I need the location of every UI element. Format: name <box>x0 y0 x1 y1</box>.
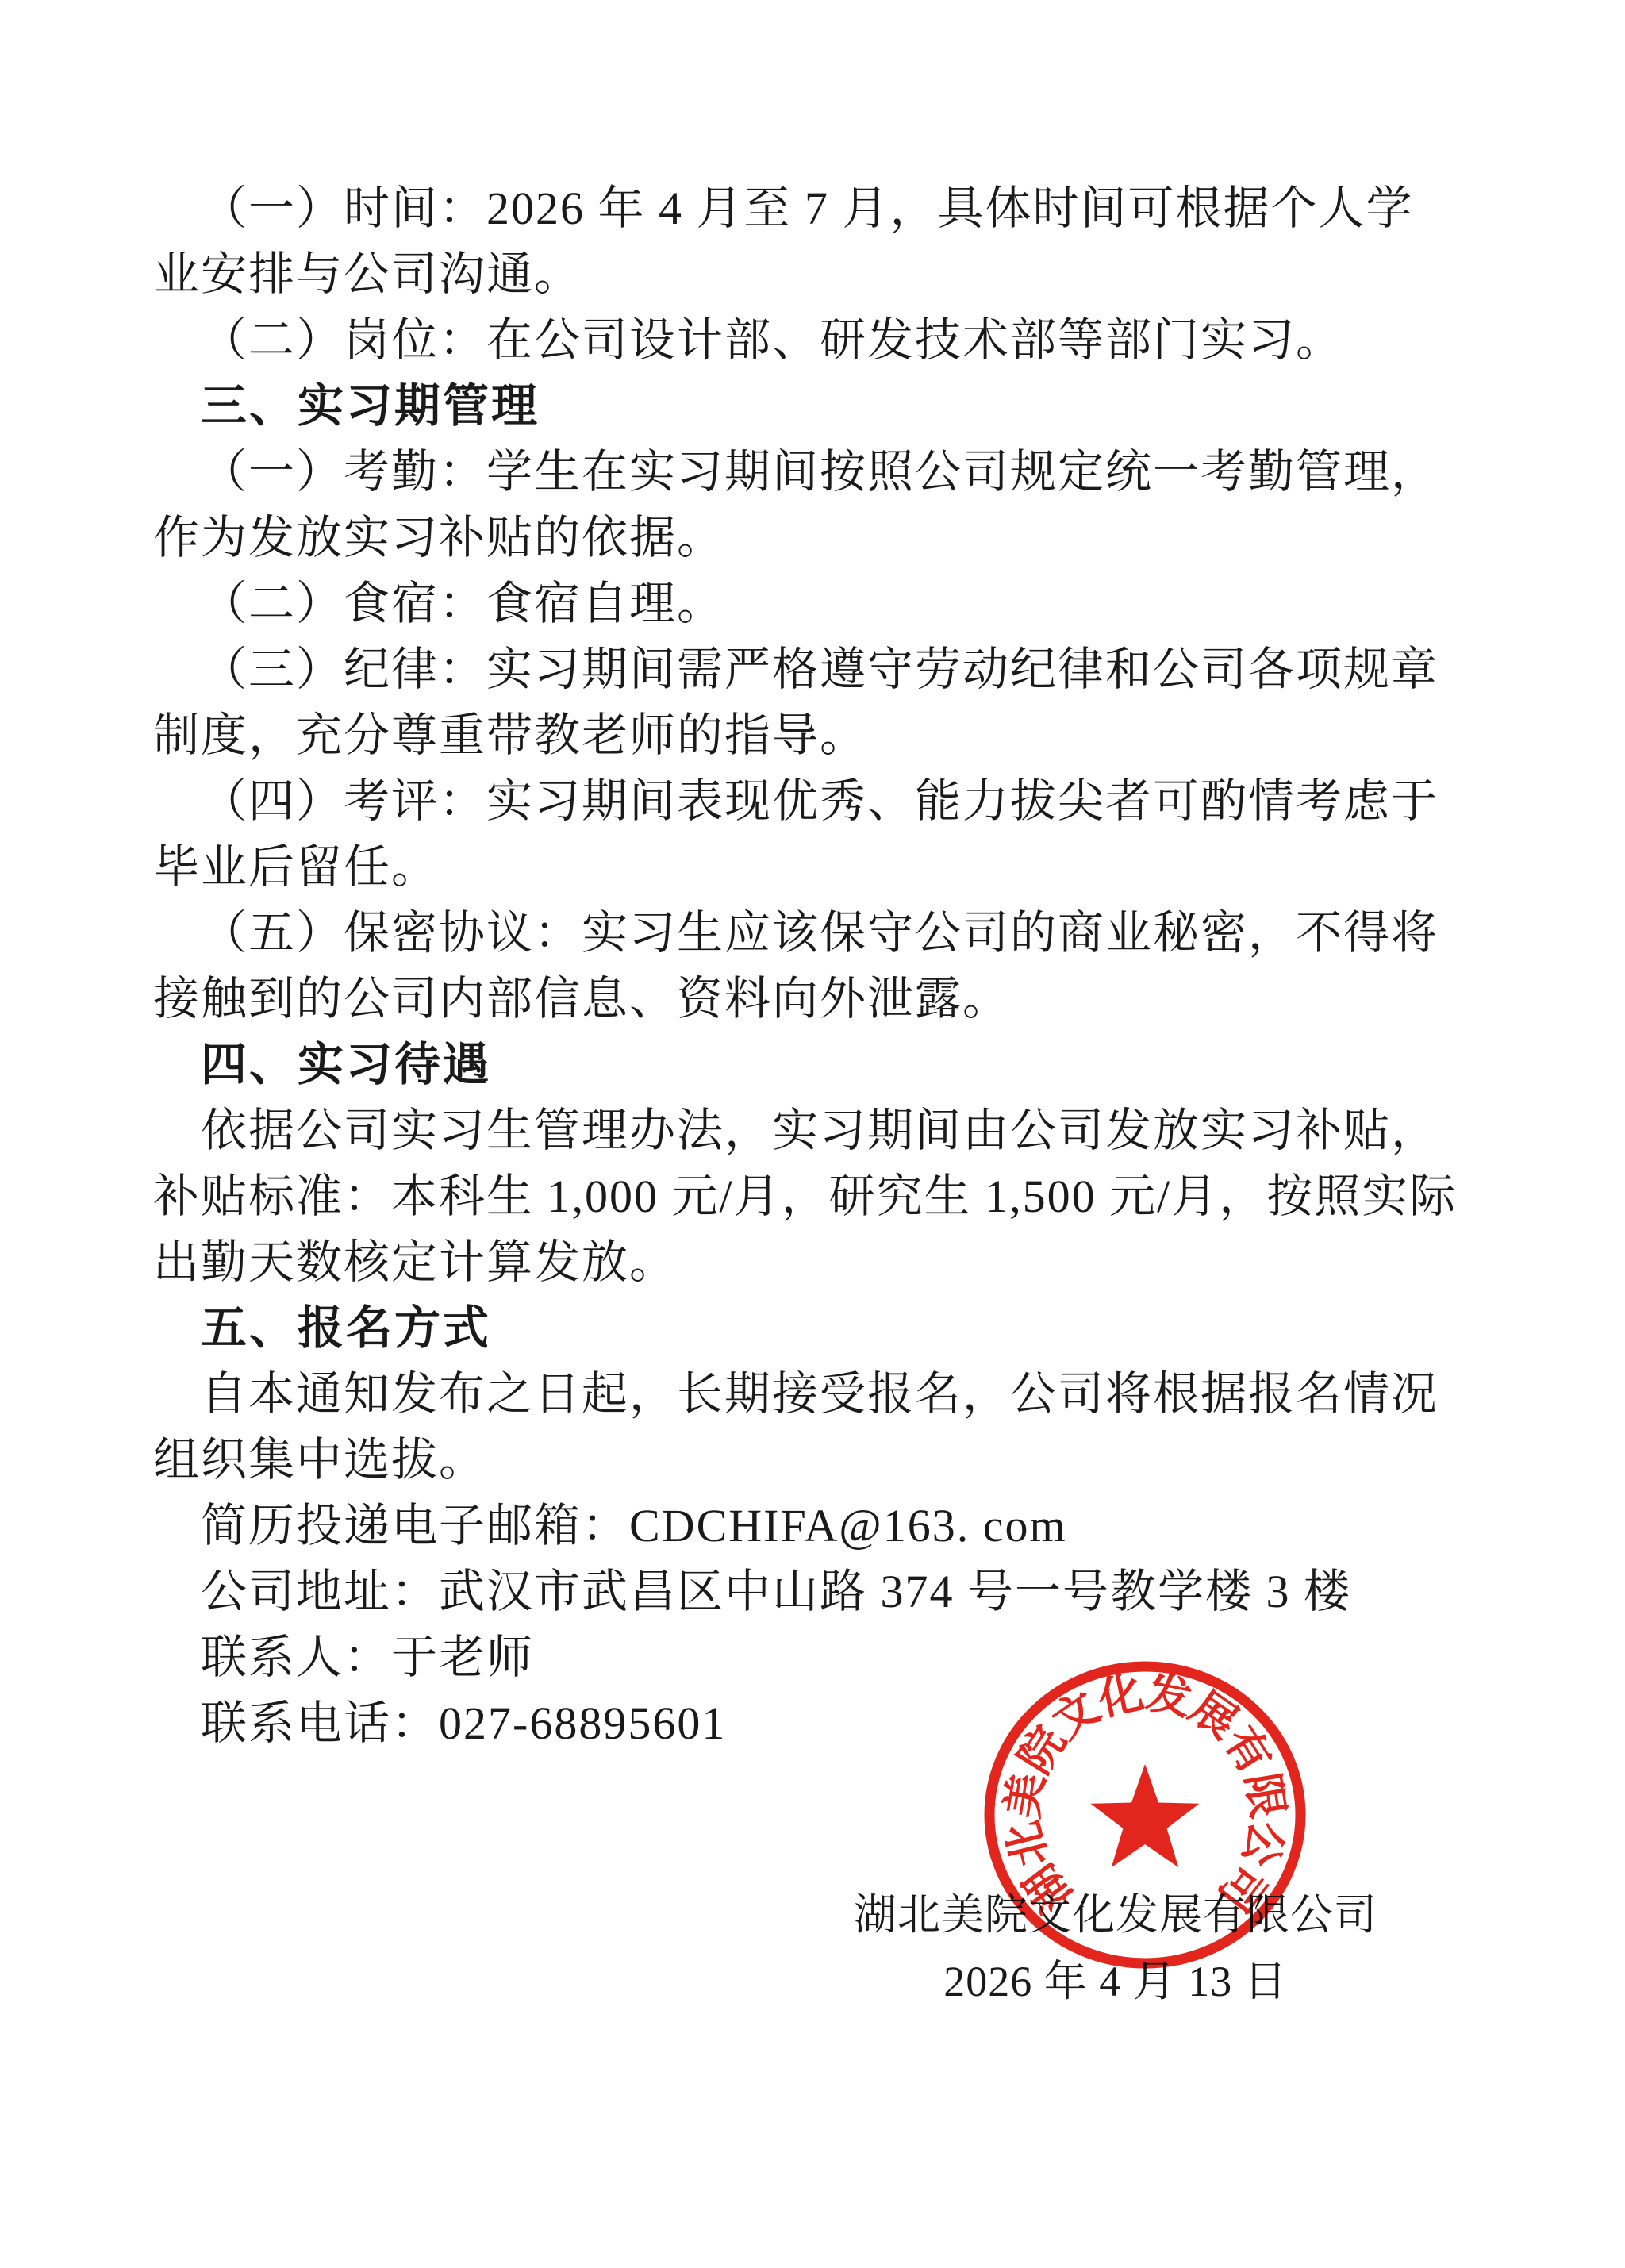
text-line: 制度，充分尊重带教老师的指导。 <box>153 702 1550 768</box>
red-star-icon <box>1091 1764 1200 1867</box>
section-heading: 三、实习期管理 <box>153 373 1550 439</box>
text-line: （二）岗位：在公司设计部、研发技术部等部门实习。 <box>153 307 1550 373</box>
section-heading: 四、实习待遇 <box>153 1032 1550 1097</box>
text-line: （一）考勤：学生在实习期间按照公司规定统一考勤管理， <box>153 439 1550 505</box>
text-line: 联系电话：027-68895601 <box>153 1690 1550 1756</box>
text-line: 联系人：于老师 <box>153 1624 1550 1690</box>
seal-char: 化 <box>1093 1668 1147 1725</box>
text-line: 补贴标准：本科生 1,000 元/月，研究生 1,500 元/月，按照实际 <box>153 1163 1550 1229</box>
text-line: （一）时间：2026 年 4 月至 7 月，具体时间可根据个人学 <box>153 175 1550 241</box>
text-line: 自本通知发布之日起，长期接受报名，公司将根据报名情况 <box>153 1361 1550 1427</box>
text-line: （四）考评：实习期间表现优秀、能力拔尖者可酌情考虑于 <box>153 768 1550 834</box>
text-line: 作为发放实习补贴的依据。 <box>153 505 1550 571</box>
section-heading: 五、报名方式 <box>153 1295 1550 1361</box>
company-seal-stamp: 湖北美院文化发展有限公司 <box>958 1632 1331 1997</box>
text-line: 组织集中选拔。 <box>153 1427 1550 1493</box>
text-line: 依据公司实习生管理办法，实习期间由公司发放实习补贴， <box>153 1097 1550 1163</box>
text-line: 出勤天数核定计算发放。 <box>153 1229 1550 1295</box>
text-line: 毕业后留任。 <box>153 834 1550 900</box>
text-line: 简历投递电子邮箱：CDCHIFA@163. com <box>153 1493 1550 1559</box>
text-line: 公司地址：武汉市武昌区中山路 374 号一号教学楼 3 楼 <box>153 1559 1550 1624</box>
seal-char: 限 <box>1236 1770 1292 1821</box>
text-line: 业安排与公司沟通。 <box>153 241 1550 307</box>
text-line: （二）食宿：食宿自理。 <box>153 571 1550 636</box>
text-line: （三）纪律：实习期间需严格遵守劳动纪律和公司各项规章 <box>153 636 1550 702</box>
notice-body: （一）时间：2026 年 4 月至 7 月，具体时间可根据个人学业安排与公司沟通… <box>153 175 1550 1756</box>
text-line: 接触到的公司内部信息、资料向外泄露。 <box>153 966 1550 1032</box>
text-line: （五）保密协议：实习生应该保守公司的商业秘密，不得将 <box>153 900 1550 966</box>
document-page: （一）时间：2026 年 4 月至 7 月，具体时间可根据个人学业安排与公司沟通… <box>0 0 1625 2268</box>
